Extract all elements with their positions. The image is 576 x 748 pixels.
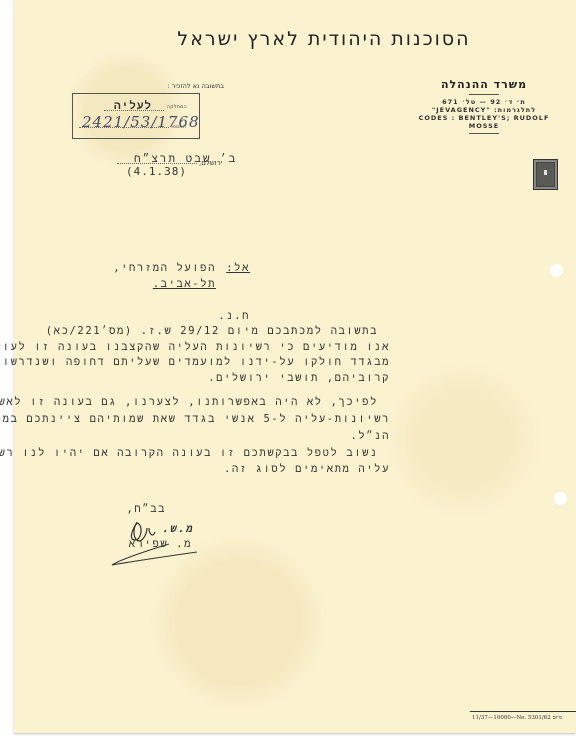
footer-divider	[470, 711, 576, 712]
organization-title: הסוכנות היהודית לארץ ישראל	[164, 28, 484, 50]
punch-hole	[554, 492, 567, 505]
codes-line: CODES : BENTLEY'S; RUDOLF MOSSE	[414, 114, 554, 130]
body-line: הנ״ל.	[350, 429, 390, 445]
divider	[469, 94, 499, 95]
letter-paper: הסוכנות היהודית לארץ ישראל משרד ההנהלה ת…	[14, 0, 576, 733]
body-line: לפיכך, לא היה באפשרותנו, לצערנו, גם בעונ…	[0, 395, 378, 411]
reference-number: 2421/53/1768	[82, 113, 200, 131]
gregorian-date: (4.1.38)	[126, 165, 187, 178]
cable-label: לתלגרמות:	[494, 106, 536, 114]
punch-hole	[550, 264, 563, 277]
body-line: אנו מודיעים כי רשיונות העליה שהקצבנו בעו…	[0, 340, 390, 356]
contact-line: ת׳ ד׳ 92 — טל׳ 671	[414, 98, 554, 106]
recipient-name: הפועל המזרחי,	[113, 261, 216, 277]
body-line: קרוביהם, תושבי ירושלים.	[208, 371, 390, 387]
signature-initials: מ.ש.	[162, 522, 194, 538]
signer-name: מ. שפירא	[129, 537, 192, 553]
divider	[469, 133, 499, 134]
salutation: ח.נ.	[218, 309, 250, 325]
cable-line: "JEVAGENCY" לתלגרמות:	[414, 106, 554, 114]
body-line: בתשובה למכתבכם מיום 29/12 ש.ז. (מס׳221/כ…	[46, 324, 378, 340]
print-info: 11/37—10000—No. 5301/62 מיום	[472, 715, 562, 721]
to-label: אל:	[226, 262, 250, 274]
body-line: נשוב לטפל בבקשתכם זו בעונה הקרובה אם יהי…	[0, 446, 378, 462]
dateline-city: ירושלם,	[199, 159, 222, 167]
department-label: המחלקה	[167, 104, 187, 110]
dotted-line	[117, 163, 197, 164]
body-line: עליה מתאימים לסוג זה.	[224, 462, 390, 478]
emblem-icon	[533, 159, 558, 190]
body-line: מבגדד חולקו על-ידנו למועמדים שעליתם דחופ…	[0, 355, 390, 371]
reply-reference-note: בתשובה נא להזכיר :	[104, 82, 224, 90]
letterhead-office-block: משרד ההנהלה ת׳ ד׳ 92 — טל׳ 671 "JEVAGENC…	[414, 78, 554, 137]
office-name: משרד ההנהלה	[414, 78, 554, 91]
cable-address: "JEVAGENCY"	[432, 106, 491, 114]
recipient-city: תל-אביב.	[153, 277, 216, 293]
body-line: רשיונות-עליה ל-5 אנשי בגדד שאת שמותיהם צ…	[0, 412, 390, 428]
department-value: לעליה	[114, 99, 152, 113]
recipient-label: אל:	[226, 261, 250, 277]
